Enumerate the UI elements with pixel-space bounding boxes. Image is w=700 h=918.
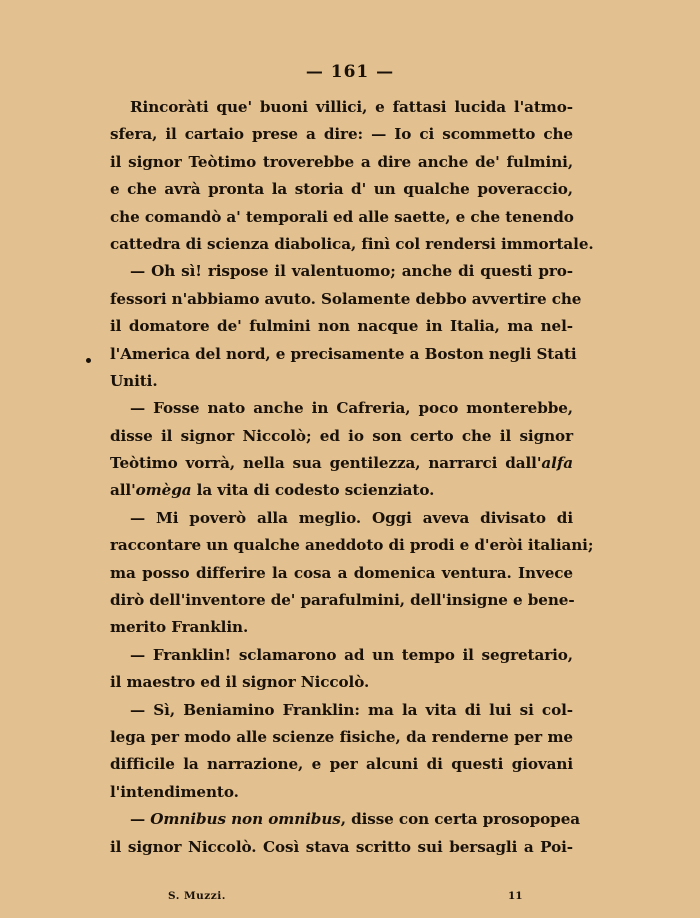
text-line: Uniti. (110, 368, 573, 395)
text-line: cattedra di scienza diabolica, finì col … (110, 231, 573, 258)
text-line: raccontare un qualche aneddoto di prodi … (110, 532, 573, 559)
text-line: il signor Niccolò. Così stava scritto su… (110, 834, 573, 861)
text-line: — Franklin! sclamarono ad un tempo il se… (110, 642, 573, 669)
text-span: , disse con certa prosopopea (341, 810, 580, 828)
text-line: lega per modo alle scienze fisiche, da r… (110, 724, 573, 751)
text-line: — Mi poverò alla meglio. Oggi aveva divi… (110, 505, 573, 532)
text-line: — Oh sì! rispose il valentuomo; anche di… (110, 258, 573, 285)
text-line: il maestro ed il signor Niccolò. (110, 669, 573, 696)
text-span: all' (110, 481, 136, 499)
text-line: all'omèga la vita di codesto scienziato. (110, 477, 573, 504)
text-line: sfera, il cartaio prese a dire: — Io ci … (110, 121, 573, 148)
text-line: l'America del nord, e precisamente a Bos… (110, 341, 573, 368)
text-line: Rincoràti que' buoni villici, e fattasi … (110, 94, 573, 121)
sheet-number: 11 (508, 890, 523, 902)
signature-mark: S. Muzzi. (168, 890, 226, 902)
text-line: il signor Teòtimo troverebbe a dire anch… (110, 149, 573, 176)
text-line: Teòtimo vorrà, nella sua gentilezza, nar… (110, 450, 573, 477)
italic-term: omèga (136, 481, 192, 499)
text-line: — Sì, Beniamino Franklin: ma la vita di … (110, 697, 573, 724)
italic-term: Omnibus non omnibus (150, 810, 340, 828)
text-line: l'intendimento. (110, 779, 573, 806)
text-line: fessori n'abbiamo avuto. Solamente debbo… (110, 286, 573, 313)
page-number: — 161 — (0, 62, 700, 82)
text-line: disse il signor Niccolò; ed io son certo… (110, 423, 573, 450)
text-line: il domatore de' fulmini non nacque in It… (110, 313, 573, 340)
text-line: — Fosse nato anche in Cafreria, poco mon… (110, 395, 573, 422)
body-text: Rincoràti que' buoni villici, e fattasi … (110, 94, 573, 861)
text-line: difficile la narrazione, e per alcuni di… (110, 751, 573, 778)
text-line: ma posso differire la cosa a domenica ve… (110, 560, 573, 587)
text-line: — Omnibus non omnibus, disse con certa p… (110, 806, 573, 833)
italic-term: alfa (541, 454, 573, 472)
text-line: che comandò a' temporali ed alle saette,… (110, 204, 573, 231)
text-span: Teòtimo vorrà, nella sua gentilezza, nar… (110, 454, 541, 472)
text-span: — (130, 810, 150, 828)
text-span: la vita di codesto scienziato. (197, 481, 435, 499)
text-line: merito Franklin. (110, 614, 573, 641)
text-line: dirò dell'inventore de' parafulmini, del… (110, 587, 573, 614)
margin-mark (86, 358, 91, 363)
text-line: e che avrà pronta la storia d' un qualch… (110, 176, 573, 203)
